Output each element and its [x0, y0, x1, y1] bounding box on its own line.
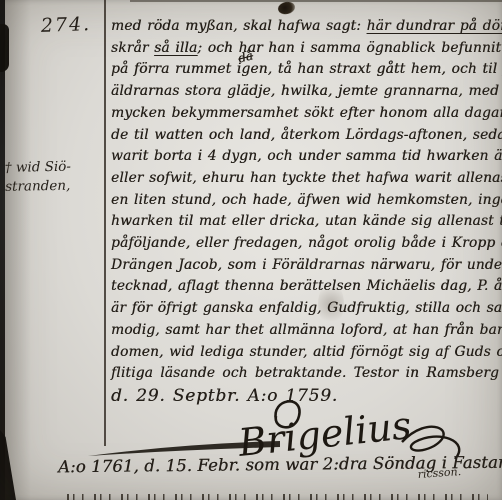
text-line: en liten stund, och hade, äfwen wid hemk…: [111, 190, 499, 212]
manuscript-lines: med röda myßan, skal hafwa sagt: här dun…: [111, 16, 499, 408]
text-line: äldrarnas stora glädje, hwilka, jemte gr…: [111, 81, 499, 103]
text-line: mycken bekymmersamhet sökt efter honom a…: [111, 103, 499, 125]
text-line: warit borta i 4 dygn, och under samma ti…: [111, 146, 499, 168]
text-line: tecknad, aflagt thenna berättelsen Michä…: [111, 276, 499, 298]
text-line: de til watten och land, återkom Lördags-…: [111, 125, 499, 147]
text-line: med röda myßan, skal hafwa sagt: här dun…: [111, 16, 499, 38]
page-number: 274.: [30, 13, 103, 37]
text-line: domen, wid lediga stunder, altid förnögt…: [111, 342, 499, 364]
page-top-edge: [130, 0, 502, 2]
text-line: på förra rummet igen, tå han straxt gått…: [111, 59, 499, 81]
margin-note: † wid Siö- stranden,: [5, 157, 102, 197]
manuscript-page: 274. † wid Siö- stranden, med röda myßan…: [0, 0, 502, 500]
text-line: hwarken til mat eller dricka, utan kände…: [111, 211, 499, 233]
margin-rule-line: [104, 0, 106, 446]
margin-note-line: † wid Siö-: [5, 157, 101, 178]
page-curve-shading: [5, 0, 31, 500]
text-line: eller sofwit, ehuru han tyckte thet hafw…: [111, 168, 499, 190]
ink-blot: [277, 0, 296, 15]
text-line: Drängen Jacob, som i Föräldrarnas närwar…: [111, 255, 499, 277]
text-line: skrår så illa; och har han i samma ögnab…: [111, 38, 499, 60]
margin-note-line: stranden,: [5, 176, 101, 197]
text-line: flitiga läsande och betraktande. Testor …: [111, 363, 499, 385]
text-line: är för öfrigt ganska enfaldig, Gudfrukti…: [111, 298, 499, 320]
clipped-text-tops: [62, 494, 488, 500]
text-line: modig, samt har thet allmänna loford, at…: [111, 320, 499, 342]
text-line: påföljande, eller fredagen, något orolig…: [111, 233, 499, 255]
